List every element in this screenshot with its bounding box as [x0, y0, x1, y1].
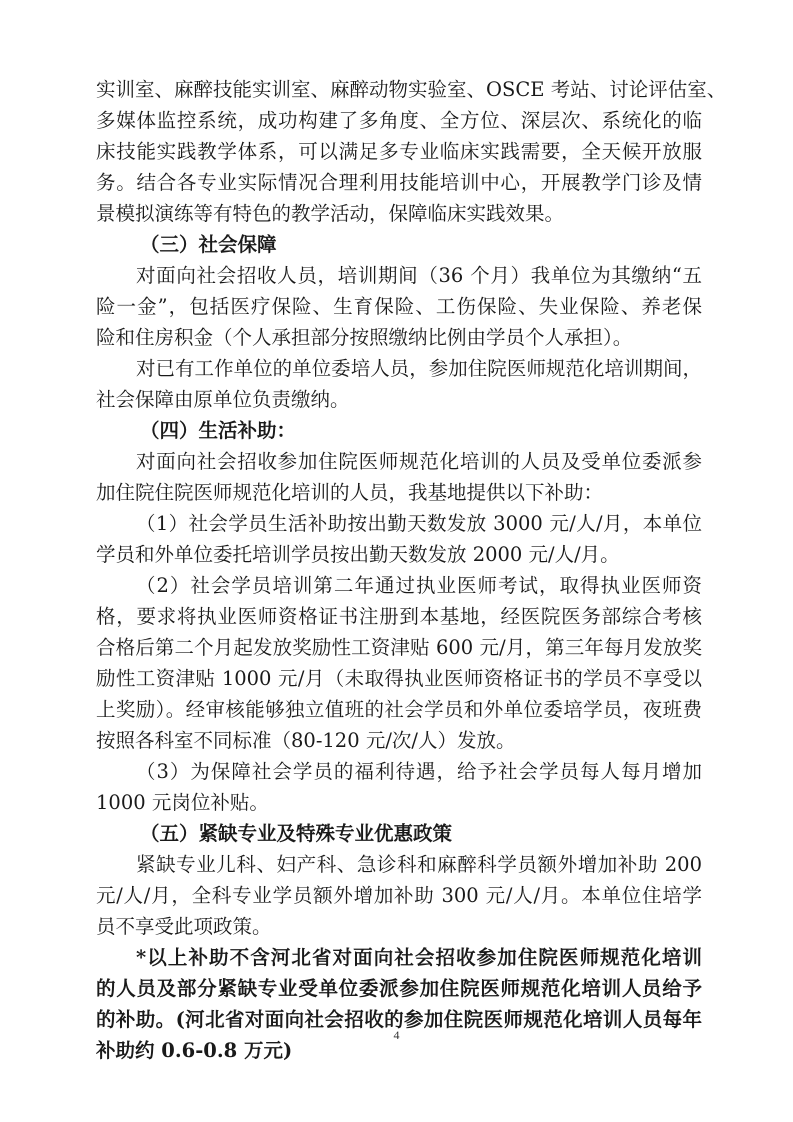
text-line: 员不享受此项政策。: [96, 911, 702, 942]
text-line: 合格后第二个月起发放奖励性工资津贴 600 元/月，第三年每月发放奖: [96, 632, 702, 663]
text-line: 多媒体监控系统，成功构建了多角度、全方位、深层次、系统化的临: [96, 105, 702, 136]
paragraph-subsidy-item-1: （1）社会学员生活补助按出勤天数发放 3000 元/人/月，本单位 学员和外单位…: [96, 508, 702, 570]
text-line: 对已有工作单位的单位委培人员，参加住院医师规范化培训期间，: [96, 353, 702, 384]
page-content: 实训室、麻醉技能实训室、麻醉动物实验室、OSCE 考站、讨论评估室、 多媒体监控…: [96, 74, 702, 1066]
text-line: 加住院住院医师规范化培训的人员，我基地提供以下补助：: [96, 477, 702, 508]
paragraph-subsidy-item-2: （2）社会学员培训第二年通过执业医师考试，取得执业医师资 格，要求将执业医师资格…: [96, 570, 702, 756]
text-line: *以上补助不含河北省对面向社会招收参加住院医师规范化培训: [96, 942, 702, 973]
text-line: 学员和外单位委托培训学员按出勤天数发放 2000 元/人/月。: [96, 539, 702, 570]
text-line: 社会保障由原单位负责缴纳。: [96, 384, 702, 415]
text-line: （2）社会学员培训第二年通过执业医师考试，取得执业医师资: [96, 570, 702, 601]
text-line: 景模拟演练等有特色的教学活动，保障临床实践效果。: [96, 198, 702, 229]
document-page: 实训室、麻醉技能实训室、麻醉动物实验室、OSCE 考站、讨论评估室、 多媒体监控…: [0, 0, 793, 1122]
paragraph-shortage-subsidy: 紧缺专业儿科、妇产科、急诊科和麻醉科学员额外增加补助 200 元/人/月，全科专…: [96, 849, 702, 942]
paragraph-subsidy-item-3: （3）为保障社会学员的福利待遇，给予社会学员每人每月增加 1000 元岗位补贴。: [96, 756, 702, 818]
text-line: （1）社会学员生活补助按出勤天数发放 3000 元/人/月，本单位: [96, 508, 702, 539]
text-line: 的人员及部分紧缺专业受单位委派参加住院医师规范化培训人员给予: [96, 973, 702, 1004]
section-heading-shortage-specialties: （五）紧缺专业及特殊专业优惠政策: [96, 818, 702, 849]
text-line: 险和住房积金（个人承担部分按照缴纳比例由学员个人承担）。: [96, 322, 702, 353]
text-line: 励性工资津贴 1000 元/月（未取得执业医师资格证书的学员不享受以: [96, 663, 702, 694]
page-number: 4: [0, 1028, 793, 1043]
text-line: 对面向社会招收人员，培训期间（36 个月）我单位为其缴纳“五: [96, 260, 702, 291]
text-line: 元/人/月，全科专业学员额外增加补助 300 元/人/月。本单位住培学: [96, 880, 702, 911]
text-line: 床技能实践教学体系，可以满足多专业临床实践需要，全天候开放服: [96, 136, 702, 167]
paragraph-commissioned-trainees: 对已有工作单位的单位委培人员，参加住院医师规范化培训期间， 社会保障由原单位负责…: [96, 353, 702, 415]
paragraph-social-insurance: 对面向社会招收人员，培训期间（36 个月）我单位为其缴纳“五 险一金”，包括医疗…: [96, 260, 702, 353]
paragraph-skills-center: 实训室、麻醉技能实训室、麻醉动物实验室、OSCE 考站、讨论评估室、 多媒体监控…: [96, 74, 702, 229]
note-provincial-subsidy: *以上补助不含河北省对面向社会招收参加住院医师规范化培训 的人员及部分紧缺专业受…: [96, 942, 702, 1066]
text-line: （3）为保障社会学员的福利待遇，给予社会学员每人每月增加: [96, 756, 702, 787]
text-line: 上奖励）。经审核能够独立值班的社会学员和外单位委培学员，夜班费: [96, 694, 702, 725]
text-line: 按照各科室不同标准（80-120 元/次/人）发放。: [96, 725, 702, 756]
text-line: 紧缺专业儿科、妇产科、急诊科和麻醉科学员额外增加补助 200: [96, 849, 702, 880]
section-heading-social-security: （三）社会保障: [96, 229, 702, 260]
section-heading-living-subsidy: （四）生活补助：: [96, 415, 702, 446]
text-line: 对面向社会招收参加住院医师规范化培训的人员及受单位委派参: [96, 446, 702, 477]
text-line: 格，要求将执业医师资格证书注册到本基地，经医院医务部综合考核: [96, 601, 702, 632]
text-line: 1000 元岗位补贴。: [96, 787, 702, 818]
text-line: 实训室、麻醉技能实训室、麻醉动物实验室、OSCE 考站、讨论评估室、: [96, 74, 702, 105]
text-line: 险一金”，包括医疗保险、生育保险、工伤保险、失业保险、养老保: [96, 291, 702, 322]
text-line: 务。结合各专业实际情况合理利用技能培训中心，开展教学门诊及情: [96, 167, 702, 198]
paragraph-subsidy-intro: 对面向社会招收参加住院医师规范化培训的人员及受单位委派参 加住院住院医师规范化培…: [96, 446, 702, 508]
